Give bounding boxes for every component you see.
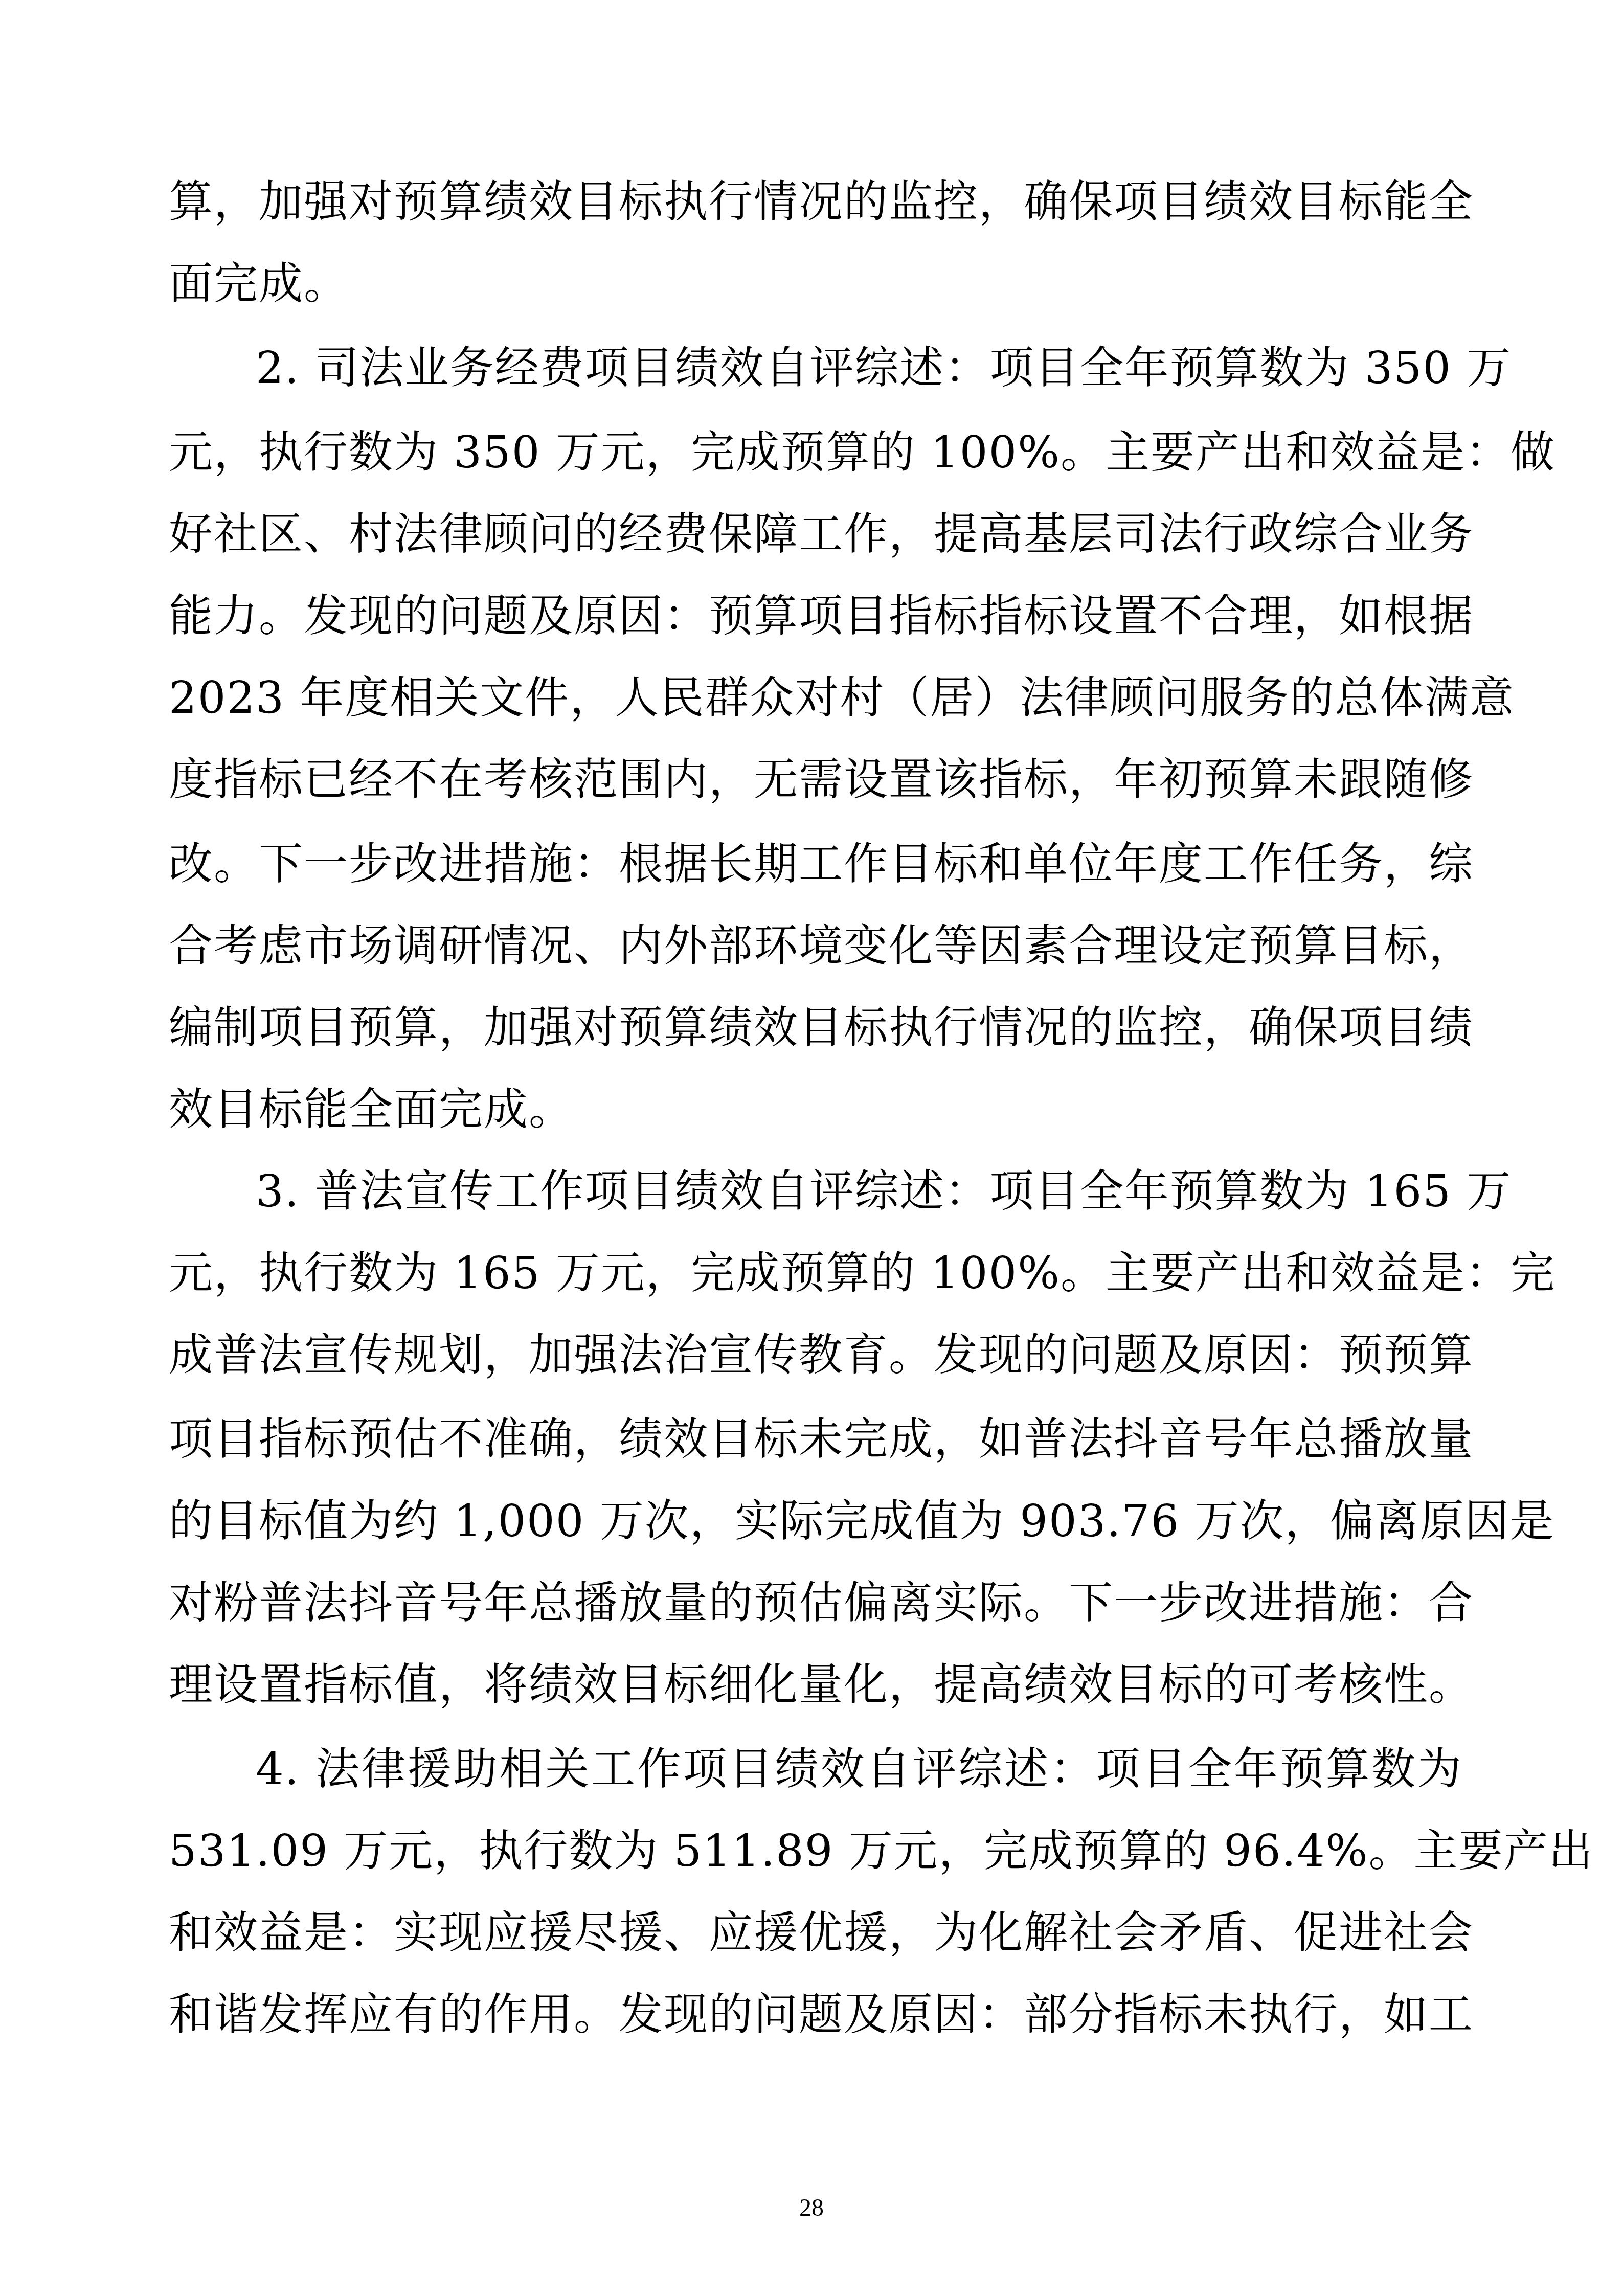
text-line: 项目指标预估不准确，绩效目标未完成，如普法抖音号年总播放量 [169, 1411, 1462, 1468]
text-line: 4. 法律援助相关工作项目绩效自评综述：项目全年预算数为 [256, 1741, 1462, 1797]
text-line: 的目标值为约 1,000 万次，实际完成值为 903.76 万次，偏离原因是 [169, 1493, 1462, 1549]
text-line: 531.09 万元，执行数为 511.89 万元，完成预算的 96.4%。主要产… [169, 1823, 1462, 1879]
text-line: 和效益是：实现应援尽援、应援优援，为化解社会矛盾、促进社会 [169, 1905, 1462, 1961]
text-line: 能力。发现的问题及原因：预算项目指标指标设置不合理，如根据 [169, 588, 1462, 644]
text-line: 元，执行数为 350 万元，完成预算的 100%。主要产出和效益是：做 [169, 424, 1462, 481]
text-line: 效目标能全面完成。 [169, 1082, 1462, 1138]
text-line: 2. 司法业务经费项目绩效自评综述：项目全年预算数为 350 万 [256, 340, 1462, 396]
document-page: 算，加强对预算绩效目标执行情况的监控，确保项目绩效目标能全面完成。2. 司法业务… [0, 0, 1623, 2296]
text-line: 理设置指标值，将绩效目标细化量化，提高绩效目标的可考核性。 [169, 1657, 1462, 1713]
text-line: 改。下一步改进措施：根据长期工作目标和单位年度工作任务，综 [169, 836, 1462, 892]
text-line: 对粉普法抖音号年总播放量的预估偏离实际。下一步改进措施：合 [169, 1575, 1462, 1631]
text-line: 面完成。 [169, 256, 1462, 312]
text-line: 算，加强对预算绩效目标执行情况的监控，确保项目绩效目标能全 [169, 174, 1462, 230]
text-line: 3. 普法宣传工作项目绩效自评综述：项目全年预算数为 165 万 [256, 1163, 1462, 1220]
text-line: 好社区、村法律顾问的经费保障工作，提高基层司法行政综合业务 [169, 506, 1462, 562]
page-number: 28 [0, 2194, 1623, 2222]
text-line: 2023 年度相关文件，人民群众对村（居）法律顾问服务的总体满意 [169, 670, 1462, 726]
text-line: 编制项目预算，加强对预算绩效目标执行情况的监控，确保项目绩 [169, 1000, 1462, 1056]
text-line: 和谐发挥应有的作用。发现的问题及原因：部分指标未执行，如工 [169, 1987, 1462, 2043]
text-line: 合考虑市场调研情况、内外部环境变化等因素合理设定预算目标， [169, 918, 1462, 974]
text-line: 成普法宣传规划，加强法治宣传教育。发现的问题及原因：预预算 [169, 1327, 1462, 1383]
text-line: 度指标已经不在考核范围内，无需设置该指标，年初预算未跟随修 [169, 752, 1462, 808]
text-line: 元，执行数为 165 万元，完成预算的 100%。主要产出和效益是：完 [169, 1245, 1462, 1301]
